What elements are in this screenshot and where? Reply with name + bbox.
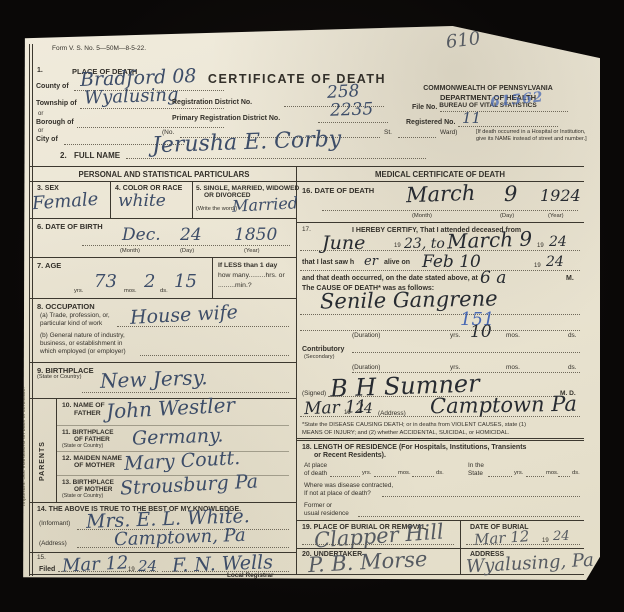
parents-divider <box>56 398 57 502</box>
father-name-label-2: FATHER <box>74 410 101 417</box>
duration2-mos: mos. <box>506 364 520 371</box>
header-bottom-border <box>30 181 584 182</box>
certify-line-2 <box>300 270 580 271</box>
township-label: Township of <box>36 100 77 107</box>
margin-instructions: Important. See instructions on back of c… <box>21 176 27 506</box>
fullname-number: 2. <box>60 151 67 160</box>
certify-alive-date: Feb 10 <box>422 252 481 272</box>
dod-sub-month: (Month) <box>412 213 432 219</box>
left-rule-outer <box>29 44 30 576</box>
residence-atplace: At place <box>304 462 327 469</box>
father-bp-value: Germany. <box>132 424 224 449</box>
res-ds-2: ds. <box>572 470 580 476</box>
duration1-label: (Duration) <box>352 332 380 339</box>
filed-line-1 <box>58 571 158 572</box>
occupation-b3: which employed (or employer) <box>40 348 126 355</box>
res-line-e <box>526 476 544 477</box>
age-less-1: If LESS than 1 day <box>218 262 277 269</box>
age-ds-label: ds. <box>160 288 168 294</box>
registered-no-value: 11 <box>462 109 481 127</box>
filed-date: Mar 12 <box>61 552 128 576</box>
occupation-line-b <box>140 355 289 356</box>
right-column-header: MEDICAL CERTIFICATE OF DEATH <box>296 170 584 179</box>
burial-line <box>302 544 454 545</box>
burial-year: 24 <box>553 529 570 544</box>
death-certificate: Important. See instructions on back of c… <box>22 26 600 580</box>
cause-line-2 <box>300 330 580 331</box>
filed-number: 15. <box>37 554 46 561</box>
dod-sub-year: (Year) <box>548 213 564 219</box>
left-column-header: PERSONAL AND STATISTICAL PARTICULARS <box>34 170 294 179</box>
residence-inthe: In the <box>468 462 484 469</box>
county-label: County of <box>36 83 69 90</box>
contributory-line <box>352 352 580 353</box>
res-line-d <box>488 476 512 477</box>
left-rule-inner <box>32 44 33 576</box>
contributory-label: Contributory <box>302 346 344 353</box>
res-line-h <box>358 516 580 517</box>
commonwealth-line2: DEPARTMENT OF HEALTH <box>378 93 598 102</box>
row7-bottom <box>30 298 296 299</box>
row6-bottom <box>30 257 296 258</box>
father-bp-label-1: 11. BIRTHPLACE <box>62 429 114 436</box>
certify-saw-label: that I last saw h <box>302 259 354 266</box>
age-label: 7. AGE <box>37 261 61 270</box>
res-line-c <box>412 476 434 477</box>
filed-label: Filed <box>39 566 55 573</box>
undertaker-value: P. B. Morse <box>307 547 427 577</box>
dod-line <box>322 210 578 211</box>
dod-month: March <box>406 181 476 207</box>
signed-label: (Signed) <box>302 390 326 397</box>
occupation-b1: (b) General nature of industry, <box>40 332 125 339</box>
primary-district-value: 2235 <box>330 99 374 120</box>
page-number-handwritten: 610 <box>445 28 482 53</box>
marital-hint: (Write the word.) <box>196 206 237 212</box>
burial-date-line <box>466 544 580 545</box>
duration2-ds: ds. <box>568 364 577 371</box>
marital-value: Married <box>232 193 299 215</box>
res-line-b <box>374 476 396 477</box>
birthplace-sub: (State or Country) <box>37 374 81 380</box>
parents-label: PARENTS <box>39 421 46 481</box>
age-note-divider <box>212 257 213 298</box>
row5-bottom <box>30 218 296 219</box>
certify-alive-label: alive on <box>384 259 410 266</box>
age-ds-value: 15 <box>174 271 197 292</box>
parents-bottom <box>30 502 296 503</box>
dob-year: 1850 <box>234 225 277 245</box>
row17-bottom-a <box>296 438 584 439</box>
father-name-label-1: 10. NAME OF <box>62 402 105 409</box>
primary-district-line <box>318 122 388 123</box>
duration1-yrs: yrs. <box>450 332 460 339</box>
residence-contracted-1: Where was disease contracted, <box>304 482 393 489</box>
footnote-1: *State the DISEASE CAUSING DEATH; or in … <box>302 422 526 428</box>
file-no-line <box>440 111 568 112</box>
borough-label: Borough of <box>36 119 74 126</box>
duration1-value: 10 <box>470 322 492 342</box>
mother-name-value: Mary Coutt. <box>124 447 241 475</box>
sex-value: Female <box>31 189 99 215</box>
certificate-title: CERTIFICATE OF DEATH <box>192 72 402 86</box>
form-number: Form V. S. No. 5—50M—8-5-22. <box>52 45 146 52</box>
mother-bp-label-1: 13. BIRTHPLACE <box>62 479 114 486</box>
res-yrs-2: yrs. <box>514 470 523 476</box>
or-label-1: or <box>38 111 43 117</box>
res-ds-1: ds. <box>436 470 444 476</box>
certify-y3: 24 <box>546 254 564 270</box>
registered-no-line <box>458 126 558 127</box>
certify-number: 17. <box>302 226 311 233</box>
borough-line <box>77 127 224 128</box>
residence-former-1: Former or <box>304 502 332 509</box>
primary-district-label: Primary Registration District No. <box>172 115 280 122</box>
file-no-label: File No. <box>412 104 437 111</box>
father-bp-sub: (State or Country) <box>62 443 103 449</box>
certify-line-1 <box>300 250 580 251</box>
occupation-b2: business, or establishment in <box>40 340 122 347</box>
res-yrs-1: yrs. <box>362 470 371 476</box>
occupation-value: House wife <box>129 301 238 329</box>
residence-contracted-2: If not at place of death? <box>304 490 371 497</box>
residence-former-2: usual residence <box>304 510 349 517</box>
street-st-label: St. <box>384 129 392 136</box>
dob-label: 6. DATE OF BIRTH <box>37 222 103 231</box>
or-label-2: or <box>38 128 43 134</box>
res-line-g <box>382 496 580 497</box>
filed-year: 24 <box>138 557 157 575</box>
registration-district-label: Registration District No. <box>172 99 252 106</box>
sex-race-divider <box>110 181 111 218</box>
mother-bp-label-2: OF MOTHER <box>74 486 112 493</box>
certify-y1-prefix: 19 <box>394 243 401 249</box>
sign-address-value: Camptown Pa <box>430 392 577 419</box>
dod-sub-day: (Day) <box>500 213 514 219</box>
duration1-ds: ds. <box>568 332 577 339</box>
street-ward-label: Ward) <box>440 129 457 136</box>
race-marital-divider <box>192 181 193 218</box>
table-top-border <box>30 166 584 167</box>
age-yrs-value: 73 <box>94 271 117 292</box>
dob-sub-day: (Day) <box>180 248 194 254</box>
occupation-line-a <box>117 326 289 327</box>
burial-divider <box>460 520 461 574</box>
row16-bottom <box>296 222 584 223</box>
age-mos-label: mos. <box>124 288 137 294</box>
res-mos-2: mos. <box>546 470 559 476</box>
row8-bottom <box>30 362 296 363</box>
cause-line-1 <box>300 314 580 315</box>
photo-background: Important. See instructions on back of c… <box>0 0 624 612</box>
fullname-label: FULL NAME <box>74 151 120 160</box>
row17-bottom-b <box>296 440 584 441</box>
duration1-mos: mos. <box>506 332 520 339</box>
filed-year-prefix: 19 <box>128 567 135 573</box>
race-value: white <box>118 191 166 211</box>
informant-address-line <box>77 547 289 548</box>
fullname-line <box>126 158 426 159</box>
mother-name-label-2: OF MOTHER <box>74 462 115 469</box>
dob-sub-month: (Month) <box>120 248 140 254</box>
dob-sub-year: (Year) <box>244 248 260 254</box>
certify-hour: 6 a <box>480 268 506 288</box>
fullname-value: Jerusha E. Corby <box>152 127 342 159</box>
mother-bp-sub: (State or Country) <box>62 493 103 499</box>
dod-day: 9 <box>504 182 517 206</box>
residence-ofdeath: of death <box>304 470 327 477</box>
registered-no-label: Registered No. <box>406 119 455 126</box>
township-value: Wyalusing <box>84 84 179 108</box>
street-line-2 <box>398 137 436 138</box>
city-label: City of <box>36 136 58 143</box>
birthplace-line <box>82 392 289 393</box>
residence-state: State <box>468 470 483 477</box>
res-line-f <box>558 476 570 477</box>
burial-date-value: Mar 12 <box>473 527 529 549</box>
age-mos-value: 2 <box>144 271 155 292</box>
dob-day: 24 <box>180 225 202 245</box>
age-less-2: how many.........hrs. or <box>218 272 285 279</box>
column-divider <box>296 166 297 574</box>
father-bp-label-2: OF FATHER <box>74 436 110 443</box>
informant-label: (Informant) <box>39 520 70 527</box>
section1-number: 1. <box>37 67 43 74</box>
informant-address-label: (Address) <box>39 540 67 547</box>
dob-line <box>82 245 290 246</box>
occupation-a1: (a) Trade, profession, or, <box>40 312 110 319</box>
marital-label-1: 5. SINGLE, MARRIED, WIDOWED <box>196 185 299 192</box>
local-registrar-label: Local Registrar <box>227 572 274 579</box>
mother-name-label-1: 12. MAIDEN NAME <box>62 455 122 462</box>
certify-occurred-label: and that death occurred, on the date sta… <box>302 275 478 282</box>
commonwealth-line1: COMMONWEALTH OF PENNSYLVANIA <box>378 85 598 92</box>
hospital-note: [If death occurred in a Hospital or Inst… <box>476 129 588 144</box>
duration2-label: (Duration) <box>352 364 380 371</box>
occupation-label: 8. OCCUPATION <box>37 302 95 311</box>
dod-label: 16. DATE OF DEATH <box>302 186 374 195</box>
res-mos-1: mos. <box>398 470 411 476</box>
certify-y2: 24 <box>549 234 567 250</box>
township-line <box>80 108 224 109</box>
res-line-a <box>330 476 360 477</box>
row19-bottom <box>296 548 584 549</box>
secondary-label: (Secondary) <box>304 354 334 360</box>
certify-pronoun: er <box>364 254 378 269</box>
certify-m-label: M. <box>566 275 574 282</box>
sign-date-line <box>300 416 580 417</box>
residence-label-1: 18. LENGTH OF RESIDENCE (For Hospitals, … <box>302 444 526 451</box>
occupation-a2: particular kind of work <box>40 320 102 327</box>
sign-year: 24 <box>355 401 373 417</box>
age-less-3: .........min.? <box>218 282 252 289</box>
footnote-2: MEANS OF INJURY; and (2) whether ACCIDEN… <box>302 430 510 436</box>
residence-label-2: or Recent Residents). <box>314 452 386 459</box>
dod-year: 1924 <box>540 186 581 205</box>
certify-y2-prefix: 19 <box>537 243 544 249</box>
certify-y3-prefix: 19 <box>534 263 541 269</box>
age-yrs-label: yrs. <box>74 288 83 294</box>
commonwealth-line3: BUREAU OF VITAL STATISTICS <box>378 102 598 109</box>
birthplace-value: New Jersy. <box>100 365 208 393</box>
dob-month: Dec. <box>122 225 161 245</box>
